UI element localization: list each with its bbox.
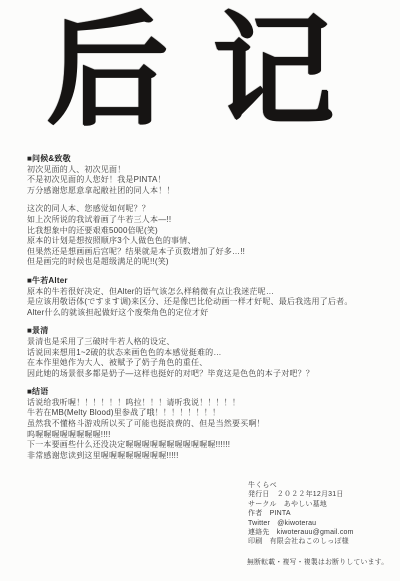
section-heading: ■牛若Alter [27,276,386,287]
text-line: 原本的牛若很好决定、但Alter的语气该怎么样稍微有点让我迷茫呢… [27,287,386,298]
afterword-section: ■牛若Alter原本的牛若很好决定、但Alter的语气该怎么样稍微有点让我迷茫呢… [27,276,386,318]
text-line: 因此她的场景很多都是奶子—这样也挺好的对吧？毕竟这是色色的本子对吧？？ [27,369,386,380]
section-heading: ■结语 [27,387,386,398]
text-line: 这次的同人本、您感觉如何呢？？ [27,204,386,215]
text-line: 在本作里她作为大人、被赋予了奶子角色的重任、 [27,358,386,369]
afterword-page: 后 记 ■问候&致敬初次见面的人、初次见面！不是初次见面的人您好！我是PINTA… [0,0,400,581]
text-line: 牛若在MB(Melty Blood)里参战了哦！！！！！！！！ [27,408,386,419]
colophon-line: 牛くらべ [248,481,354,490]
colophon-line: 発行日 ２０２２年12月31日 [248,490,354,499]
text-line: 是应该用敬语体(ですます调)来区分、还是像巴比伦动画一样才好呢、最后我选用了后者… [27,297,386,308]
text-line: 万分感谢您愿意拿起敝社团的同人本！！ [27,186,386,197]
section-heading: ■景清 [27,326,386,337]
text-line: 呜喔喔喔喔喔喔喔喔!!!! [27,430,386,441]
text-line: 话说给我听喔！！！！！！呜拉！！！请听我说！！！！！ [27,398,386,409]
colophon-line: Twitter @kiwoterau [248,519,354,528]
text-line: 话说回来想用1~2破的状态来画色色的本感觉挺难的… [27,348,386,359]
text-line: 但是画完的时候也是超级满足的呢!!(笑) [27,257,386,268]
text-line: 如上次所说的我试着画了牛若三人本—!! [27,215,386,226]
afterword-body-text: ■问候&致敬初次见面的人、初次见面！不是初次见面的人您好！我是PINTA！万分感… [0,146,400,461]
copyright-notice: 無断転載・複写・複製はお断りしています。 [247,556,388,566]
text-line: 不是初次见面的人您好！我是PINTA！ [27,175,386,186]
colophon-line: サークル あやしい墓地 [248,500,354,509]
text-line: 下一本要画些什么还没决定喔喔喔喔喔喔喔喔喔喔喔!!!!!! [27,440,386,451]
title-char-left: 后 [46,6,168,134]
colophon-line: 印刷 有限会社ねこのしっぽ様 [248,537,354,546]
colophon-line: 連絡先 kiwoterauu@gmail.com [248,528,354,537]
title-char-right: 记 [212,6,334,134]
page-title-calligraphy: 后 记 [0,0,400,146]
afterword-section: 这次的同人本、您感觉如何呢？？如上次所说的我试着画了牛若三人本—!!比我想象中的… [27,204,386,268]
text-line: 但果然还是想画画后宫呢？结果就是本子页数增加了好多…!! [27,247,386,258]
text-line: 初次见面的人、初次见面！ [27,165,386,176]
text-line: 原本的计划是想按照顺序3个人做色色的事情、 [27,236,386,247]
afterword-section: ■结语话说给我听喔！！！！！！呜拉！！！请听我说！！！！！牛若在MB(Melty… [27,387,386,461]
text-line: 非常感谢您读到这里喔喔喔喔喔喔喔喔!!!!! [27,451,386,462]
text-line: 景清也是采用了三破时牛若人格的设定、 [27,337,386,348]
afterword-section: ■问候&致敬初次见面的人、初次见面！不是初次见面的人您好！我是PINTA！万分感… [27,154,386,196]
afterword-section: ■景清景清也是采用了三破时牛若人格的设定、话说回来想用1~2破的状态来画色色的本… [27,326,386,379]
section-heading: ■问候&致敬 [27,154,386,165]
colophon-block: 牛くらべ発行日 ２０２２年12月31日サークル あやしい墓地作者 PINTATw… [248,481,354,547]
text-line: 比我想象中的还要艰难5000倍呢(笑) [27,226,386,237]
text-line: Alter什么的就该担起做好这个废柴角色的定位才好 [27,308,386,319]
colophon-line: 作者 PINTA [248,509,354,518]
text-line: 虽然我不懂格斗游戏所以买了可能也挺浪费的、但是当然要买啊！ [27,419,386,430]
